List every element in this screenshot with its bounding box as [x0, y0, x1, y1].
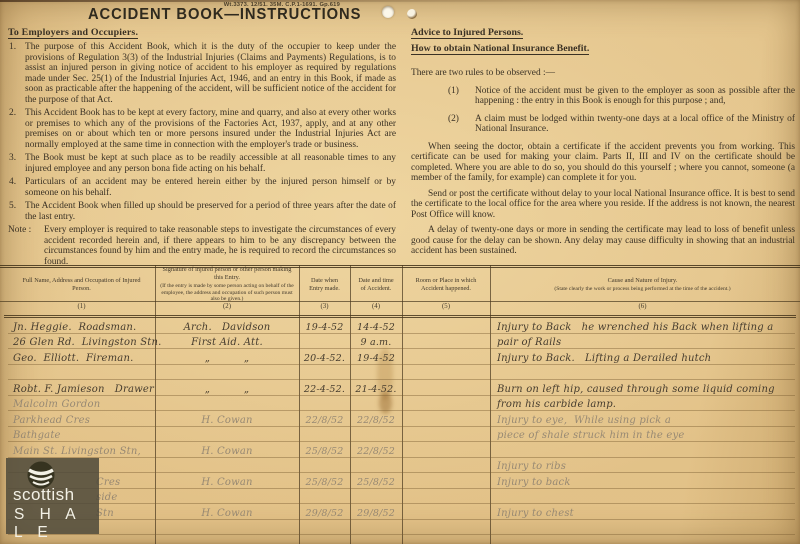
entry-cell: Injury to chest [490, 508, 795, 519]
rule-number: (1) [448, 86, 459, 97]
table-top-rule [0, 265, 800, 268]
item-text: The purpose of this Accident Book, which… [25, 42, 396, 105]
entry-cell: Arch. Davidson [155, 322, 299, 333]
column-number: (2) [155, 303, 299, 314]
instruction-item: 3.The Book must be kept at such place as… [8, 153, 396, 174]
note-label: Note : [8, 225, 31, 236]
item-number: 5. [9, 201, 16, 212]
column-number: (6) [490, 303, 795, 314]
entry-row: StnH. Cowan29/8/5229/8/52Injury to chest [0, 504, 800, 520]
entry-row: Geo. Elliott. Fireman.„ „20-4-52.19-4-52… [0, 349, 800, 365]
entry-cell: 14-4-52 [350, 322, 402, 333]
rule-item: (2)A claim must be lodged within twenty-… [411, 114, 795, 135]
rule-item: (1)Notice of the accident must be given … [411, 86, 795, 107]
entry-row: Robt. F. Jamieson Drawer„ „22-4-52.21-4-… [0, 380, 800, 396]
column-header-text: Full Name, Address and Occupation of Inj… [13, 277, 150, 293]
entry-row [0, 535, 800, 544]
entry-row: side [0, 489, 800, 505]
advice-paragraph: Send or post the certificate without del… [411, 189, 795, 221]
entry-cell: H. Cowan [155, 415, 299, 426]
entry-row [0, 365, 800, 381]
watermark-logo: scottish S H A L E [6, 458, 99, 534]
rule-number: (2) [448, 114, 459, 125]
item-text: This Accident Book has to be kept at eve… [25, 108, 396, 150]
item-number: 4. [9, 177, 16, 188]
entry-cell: Parkhead Cres [8, 415, 155, 426]
entry-cell: 19-4-52 [350, 353, 402, 364]
entry-cell: Injury to Back he wrenched his Back when… [490, 322, 795, 333]
entry-cell: Jn. Heggie. Roadsman. [8, 322, 155, 333]
entry-cell: Injury to back [490, 477, 795, 488]
entry-cell: 25/8/52 [350, 477, 402, 488]
instruction-item: 1.The purpose of this Accident Book, whi… [8, 42, 396, 105]
entry-cell: Bathgate [8, 430, 155, 441]
entry-cell: H. Cowan [155, 446, 299, 457]
column-header-text: Date when Entry made. [304, 277, 345, 293]
punch-hole [407, 9, 417, 19]
advice-heading: Advice to Injured Persons. [411, 27, 523, 39]
advice-paragraph: When seeing the doctor, obtain a certifi… [411, 142, 795, 184]
item-text: The Accident Book when filled up should … [25, 201, 396, 222]
entry-cell: 25/8/52 [299, 477, 350, 488]
entry-row: Jn. Heggie. Roadsman.Arch. Davidson19-4-… [0, 318, 800, 334]
punch-hole [382, 6, 394, 18]
entry-cell: piece of shale struck him in the eye [490, 430, 795, 441]
column-header: Date and time of Accident. [350, 269, 402, 300]
entry-cell: 26 Glen Rd. Livingston Stn. [8, 337, 155, 348]
entry-cell: H. Cowan [155, 508, 299, 519]
entry-cell: Injury to Back. Lifting a Derailed hutch [490, 353, 795, 364]
entry-cell: 20-4-52. [299, 353, 350, 364]
column-header-text: Room or Place in which Accident happened… [407, 277, 485, 293]
item-text: The Book must be kept at such place as t… [25, 153, 396, 174]
entry-row: Main St. Livingston Stn,H. Cowan25/8/522… [0, 442, 800, 458]
advice-paragraph: A delay of twenty-one days or more in se… [411, 225, 795, 257]
entry-cell: „ „ [155, 353, 299, 364]
left-column: To Employers and Occupiers. 1.The purpos… [8, 27, 396, 267]
column-header: Room or Place in which Accident happened… [402, 269, 490, 300]
column-number: (4) [350, 303, 402, 314]
column-header-text: Cause and Nature of Injury. [495, 277, 790, 285]
entry-cell: First Aid. Att. [155, 337, 299, 348]
entry-cell: Injury to eye, While using pick a [490, 415, 795, 426]
instruction-list: 1.The purpose of this Accident Book, whi… [8, 42, 396, 222]
entry-cell: 29/8/52 [299, 508, 350, 519]
column-header-text: Signature of injured person or other per… [160, 266, 294, 282]
entry-cell: 25/8/52 [299, 446, 350, 457]
table-header-rule [0, 301, 800, 302]
entry-cell: 19-4-52 [299, 322, 350, 333]
entry-cell: 22-4-52. [299, 384, 350, 395]
rules-intro: There are two rules to be observed :— [411, 68, 795, 79]
instruction-item: 2.This Accident Book has to be kept at e… [8, 108, 396, 150]
entry-row: Bathgatepiece of shale struck him in the… [0, 427, 800, 443]
entry-cell: 22/8/52 [350, 446, 402, 457]
entry-cell: Geo. Elliott. Fireman. [8, 353, 155, 364]
column-header-text: Date and time of Accident. [355, 277, 397, 293]
advice-paragraphs: When seeing the doctor, obtain a certifi… [411, 142, 795, 257]
entry-cell: 22/8/52 [299, 415, 350, 426]
entry-cell: Robt. F. Jamieson Drawer [8, 384, 155, 395]
employers-heading: To Employers and Occupiers. [8, 27, 138, 39]
watermark-line1: scottish [13, 485, 75, 505]
note-block: Note : Every employer is required to tak… [8, 225, 396, 267]
column-header: Signature of injured person or other per… [155, 269, 299, 300]
item-number: 3. [9, 153, 16, 164]
entry-cell: 21-4-52. [350, 384, 402, 395]
column-header: Date when Entry made. [299, 269, 350, 300]
entry-cell: „ „ [155, 384, 299, 395]
benefit-heading: How to obtain National Insurance Benefit… [411, 43, 589, 55]
item-text: Particulars of an accident may be entere… [25, 177, 396, 198]
instruction-item: 4.Particulars of an accident may be ente… [8, 177, 396, 198]
column-number: (1) [8, 303, 155, 314]
column-number: (3) [299, 303, 350, 314]
entries-table: Full Name, Address and Occupation of Inj… [0, 265, 800, 544]
entry-cell: Injury to ribs [490, 461, 795, 472]
column-number: (5) [402, 303, 490, 314]
entry-cell: Burn on left hip, caused through some li… [490, 384, 795, 395]
entry-cell: 22/8/52 [350, 415, 402, 426]
rules-list: (1)Notice of the accident must be given … [411, 86, 795, 135]
scan-edge [0, 0, 800, 2]
entry-row: CresH. Cowan25/8/5225/8/52Injury to back [0, 473, 800, 489]
entry-cell: 29/8/52 [350, 508, 402, 519]
right-column: Advice to Injured Persons. How to obtain… [411, 27, 795, 267]
item-number: 1. [9, 42, 16, 53]
note-text: Every employer is required to take reaso… [44, 225, 396, 267]
item-number: 2. [9, 108, 16, 119]
entry-cell: 9 a.m. [350, 337, 402, 348]
rule-text: A claim must be lodged within twenty-one… [475, 114, 795, 135]
entry-cell: Malcolm Gordon [8, 399, 155, 410]
column-header-subtext: (State clearly the work or process being… [495, 286, 790, 293]
entry-row: Parkhead CresH. Cowan22/8/5222/8/52Injur… [0, 411, 800, 427]
entry-row: Injury to ribs [0, 458, 800, 474]
entry-cell: pair of Rails [490, 337, 795, 348]
rule-text: Notice of the accident must be given to … [475, 86, 795, 107]
watermark-line2: S H A L E [14, 506, 99, 542]
entry-row: Malcolm Gordonfrom his carbide lamp. [0, 396, 800, 412]
instruction-item: 5.The Accident Book when filled up shoul… [8, 201, 396, 222]
accident-book-page: Wt.3373. 12/51. 35M. C.P.1-1691. Gp.619 … [0, 0, 800, 544]
column-header-subtext: (If the entry is made by some person act… [160, 283, 294, 303]
entry-row [0, 520, 800, 536]
column-header: Full Name, Address and Occupation of Inj… [8, 269, 155, 300]
entry-row: 26 Glen Rd. Livingston Stn.First Aid. At… [0, 334, 800, 350]
page-title: ACCIDENT BOOK—INSTRUCTIONS [88, 6, 361, 24]
column-header: Cause and Nature of Injury.(State clearl… [490, 269, 795, 300]
entry-cell: from his carbide lamp. [490, 399, 795, 410]
entry-cell: H. Cowan [155, 477, 299, 488]
